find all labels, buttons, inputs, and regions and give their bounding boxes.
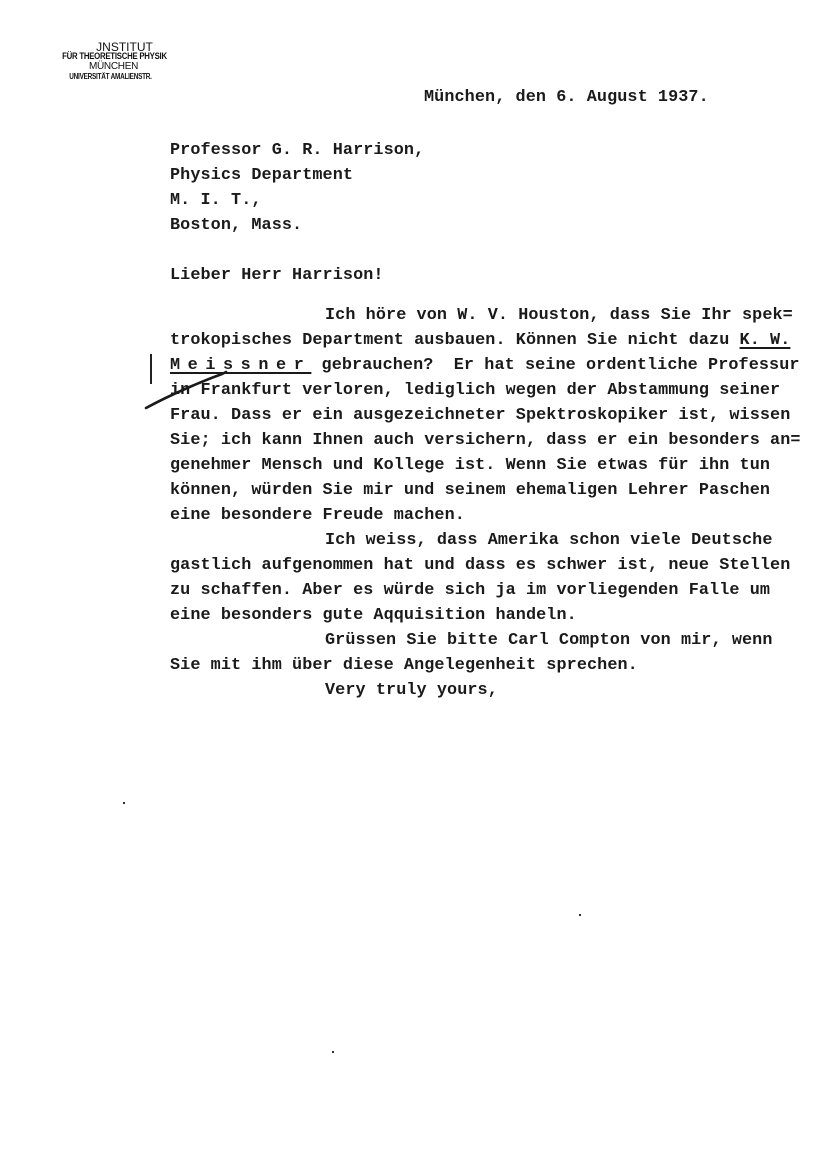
recipient-institution: M. I. T., bbox=[170, 188, 262, 213]
recipient-city: Boston, Mass. bbox=[170, 213, 302, 238]
stamp-line-address: UNIVERSITÄT AMALIENSTR. bbox=[45, 72, 177, 82]
letter-page: JNSTITUT FÜR THEORETISCHE PHYSIK MÜNCHEN… bbox=[0, 0, 827, 1169]
paragraph1-line2: trokopisches Department ausbauen. Können… bbox=[170, 328, 790, 353]
scan-speck bbox=[332, 1051, 334, 1053]
paragraph1-line3-text: gebrauchen? Er hat seine ordentliche Pro… bbox=[311, 356, 799, 375]
closing: Very truly yours, bbox=[325, 678, 498, 703]
paragraph1-line4: in Frankfurt verloren, lediglich wegen d… bbox=[170, 378, 780, 403]
paragraph1-line7: genehmer Mensch und Kollege ist. Wenn Si… bbox=[170, 453, 770, 478]
recipient-name: Professor G. R. Harrison, bbox=[170, 138, 424, 163]
paragraph2-line4: eine besonders gute Aqquisition handeln. bbox=[170, 603, 577, 628]
scan-speck bbox=[123, 802, 125, 804]
recipient-department: Physics Department bbox=[170, 163, 353, 188]
date-line: München, den 6. August 1937. bbox=[424, 85, 709, 110]
paragraph1-line3: Meissner gebrauchen? Er hat seine ordent… bbox=[170, 353, 800, 378]
paragraph1-line6: Sie; ich kann Ihnen auch versichern, das… bbox=[170, 428, 801, 453]
paragraph1-line8: können, würden Sie mir und seinem ehemal… bbox=[170, 478, 770, 503]
paragraph3-line1: Grüssen Sie bitte Carl Compton von mir, … bbox=[325, 628, 773, 653]
handwritten-margin-bar bbox=[150, 354, 152, 384]
paragraph1-line2-text: trokopisches Department ausbauen. Können… bbox=[170, 331, 740, 350]
paragraph2-line1: Ich weiss, dass Amerika schon viele Deut… bbox=[325, 528, 773, 553]
paragraph1-line5: Frau. Dass er ein ausgezeichneter Spektr… bbox=[170, 403, 790, 428]
paragraph1-line9: eine besondere Freude machen. bbox=[170, 503, 465, 528]
paragraph2-line2: gastlich aufgenommen hat und dass es sch… bbox=[170, 553, 790, 578]
paragraph3-line2: Sie mit ihm über diese Angelegenheit spr… bbox=[170, 653, 638, 678]
scan-speck bbox=[579, 914, 581, 916]
paragraph2-line3: zu schaffen. Aber es würde sich ja im vo… bbox=[170, 578, 770, 603]
underlined-name-meissner: Meissner bbox=[170, 356, 311, 375]
paragraph1-line1: Ich höre von W. V. Houston, dass Sie Ihr… bbox=[325, 303, 793, 328]
stamp-line-city: MÜNCHEN bbox=[34, 62, 193, 72]
stamp-line-field: FÜR THEORETISCHE PHYSIK bbox=[50, 52, 179, 62]
institute-letterhead-stamp: JNSTITUT FÜR THEORETISCHE PHYSIK MÜNCHEN… bbox=[48, 42, 193, 82]
underlined-initials: K. W. bbox=[740, 331, 791, 350]
salutation: Lieber Herr Harrison! bbox=[170, 263, 384, 288]
